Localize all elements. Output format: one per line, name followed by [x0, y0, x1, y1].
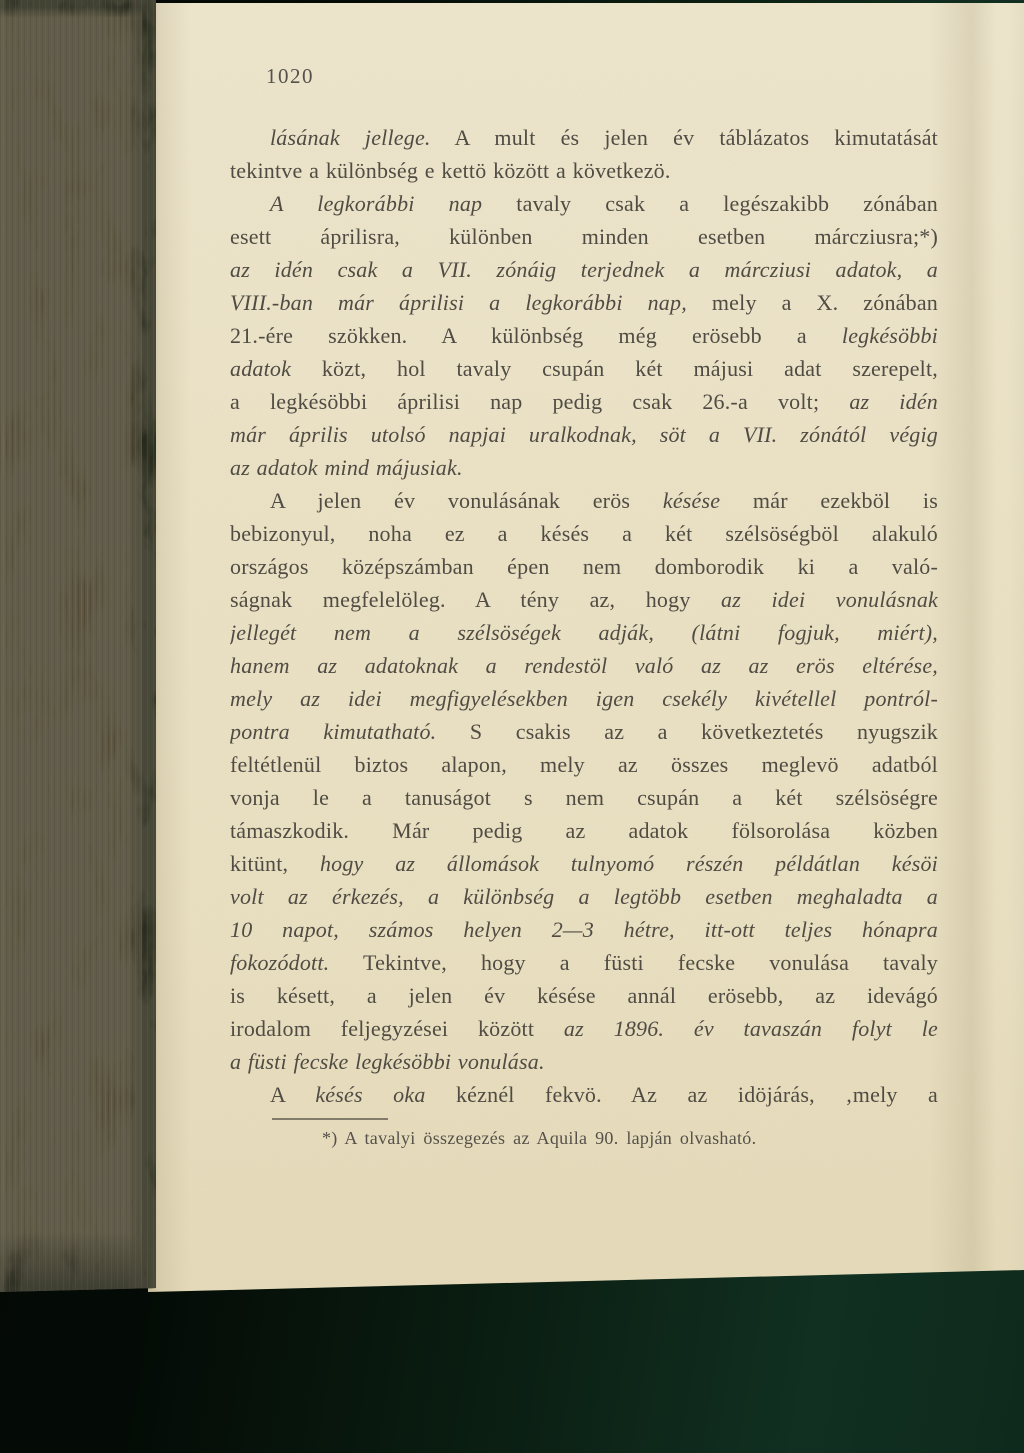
text-segment: bebizonyul, noha ez a késés a két szélsö… [230, 521, 938, 546]
italic-text-segment: lásának jellege. [270, 125, 431, 150]
italic-text-segment: fokozódott. [230, 950, 329, 975]
italic-text-segment: az 1896. év tavaszán folyt le [564, 1016, 938, 1041]
italic-text-segment: késése [663, 488, 720, 513]
text-segment: 21.-ére szökken. A különbség még erösebb… [230, 323, 842, 348]
text-segment: esett áprilisra, különben minden esetben… [230, 224, 938, 249]
footnote: *) A tavalyi összegezés az Aquila 90. la… [322, 1128, 756, 1149]
text-line: A jelen év vonulásának erös késése már e… [230, 484, 938, 517]
text-segment: irodalom feljegyzései között [230, 1016, 564, 1041]
text-line: az idén csak a VII. zónáig terjednek a m… [230, 253, 938, 286]
italic-text-segment: az idén [849, 389, 938, 414]
page-number: 1020 [266, 64, 314, 89]
text-line: mely az idei megfigyelésekben igen cseké… [230, 682, 938, 715]
text-segment: tavaly csak a legészakibb zónában [482, 191, 938, 216]
text-line: adatok közt, hol tavaly csupán két május… [230, 352, 938, 385]
text-line: támaszkodik. Már pedig az adatok fölsoro… [230, 814, 938, 847]
text-segment: mely a X. zónában [687, 290, 938, 315]
text-segment: közt, hol tavaly csupán két májusi adat … [291, 356, 938, 381]
italic-text-segment: hanem az adatoknak a rendestöl való az a… [230, 653, 938, 678]
text-segment: S csakis az a következtetés nyugszik [436, 719, 938, 744]
text-line: irodalom feljegyzései között az 1896. év… [230, 1012, 938, 1045]
text-segment: támaszkodik. Már pedig az adatok fölsoro… [230, 818, 938, 843]
italic-text-segment: hogy az állomások tulnyomó részén példát… [320, 851, 938, 876]
text-line: már április utolsó napjai uralkodnak, sö… [230, 418, 938, 451]
marble-veins-texture [0, 0, 156, 1292]
text-segment: vonja le a tanuságot s nem csupán a két … [230, 785, 938, 810]
italic-text-segment: az adatok mind májusiak. [230, 455, 463, 480]
italic-text-segment: késés oka [315, 1082, 425, 1107]
text-segment: feltétlenül biztos alapon, mely az össze… [230, 752, 938, 777]
text-line: az adatok mind májusiak. [230, 451, 938, 484]
text-segment: is késett, a jelen év késése annál eröse… [230, 983, 938, 1008]
text-line: esett áprilisra, különben minden esetben… [230, 220, 938, 253]
text-segment: Tekintve, hogy a füsti fecske vonulása t… [329, 950, 938, 975]
italic-text-segment: adatok [230, 356, 291, 381]
text-line: 21.-ére szökken. A különbség még erösebb… [230, 319, 938, 352]
italic-text-segment: 10 napot, számos helyen 2—3 hétre, itt-o… [230, 917, 938, 942]
italic-text-segment: jellegét nem a szélsöségek adják, (látni… [230, 620, 938, 645]
text-line: lásának jellege. A mult és jelen év tábl… [230, 121, 938, 154]
text-line: vonja le a tanuságot s nem csupán a két … [230, 781, 938, 814]
text-line: a füsti fecske legkésöbbi vonulása. [230, 1045, 938, 1078]
text-line: feltétlenül biztos alapon, mely az össze… [230, 748, 938, 781]
text-line: kitünt, hogy az állomások tulnyomó részé… [230, 847, 938, 880]
text-line: A legkorábbi nap tavaly csak a legészaki… [230, 187, 938, 220]
footnote-divider [272, 1118, 388, 1120]
italic-text-segment: VIII.-ban már áprilisi a legkorábbi nap, [230, 290, 687, 315]
text-segment: kitünt, [230, 851, 320, 876]
text-line: jellegét nem a szélsöségek adják, (látni… [230, 616, 938, 649]
italic-text-segment: az idei vonulásnak [721, 587, 938, 612]
text-line: a legkésöbbi áprilisi nap pedig csak 26.… [230, 385, 938, 418]
text-line: bebizonyul, noha ez a késés a két szélsö… [230, 517, 938, 550]
text-segment: ságnak megfelelöleg. A tény az, hogy [230, 587, 721, 612]
italic-text-segment: mely az idei megfigyelésekben igen cseké… [230, 686, 938, 711]
text-line: A késés oka kéznél fekvö. Az az idöjárás… [230, 1078, 938, 1111]
text-line: ságnak megfelelöleg. A tény az, hogy az … [230, 583, 938, 616]
italic-text-segment: pontra kimutatható. [230, 719, 436, 744]
book-fore-edge-marbled [0, 0, 156, 1292]
text-line: országos középszámban épen nem domborodi… [230, 550, 938, 583]
text-line: fokozódott. Tekintve, hogy a füsti fecsk… [230, 946, 938, 979]
italic-text-segment: már április utolsó napjai uralkodnak, sö… [230, 422, 938, 447]
text-segment: országos középszámban épen nem domborodi… [230, 554, 938, 579]
text-segment: kéznél fekvö. Az az idöjárás, ‚mely a [426, 1082, 938, 1107]
text-segment: a legkésöbbi áprilisi nap pedig csak 26.… [230, 389, 849, 414]
italic-text-segment: A legkorábbi nap [270, 191, 482, 216]
italic-text-segment: legkésöbbi [842, 323, 938, 348]
text-line: is késett, a jelen év késése annál eröse… [230, 979, 938, 1012]
text-line: tekintve a különbség e kettö között a kö… [230, 154, 938, 187]
text-segment: már ezekböl is [720, 488, 938, 513]
italic-text-segment: a füsti fecske legkésöbbi vonulása. [230, 1049, 545, 1074]
text-line: hanem az adatoknak a rendestöl való az a… [230, 649, 938, 682]
italic-text-segment: volt az érkezés, a különbség a legtöbb e… [230, 884, 938, 909]
text-segment: A mult és jelen év táblázatos kimutatásá… [431, 125, 938, 150]
scanned-book-page: 1020 lásának jellege. A mult és jelen év… [0, 0, 1024, 1453]
text-line: volt az érkezés, a különbség a legtöbb e… [230, 880, 938, 913]
text-block: lásának jellege. A mult és jelen év tábl… [230, 121, 938, 1111]
text-segment: A jelen év vonulásának erös [270, 488, 663, 513]
text-segment: tekintve a különbség e kettö között a kö… [230, 158, 671, 183]
text-line: VIII.-ban már áprilisi a legkorábbi nap,… [230, 286, 938, 319]
italic-text-segment: az idén csak a VII. zónáig terjednek a m… [230, 257, 938, 282]
text-line: pontra kimutatható. S csakis az a követk… [230, 715, 938, 748]
text-line: 10 napot, számos helyen 2—3 hétre, itt-o… [230, 913, 938, 946]
text-segment: A [270, 1082, 315, 1107]
